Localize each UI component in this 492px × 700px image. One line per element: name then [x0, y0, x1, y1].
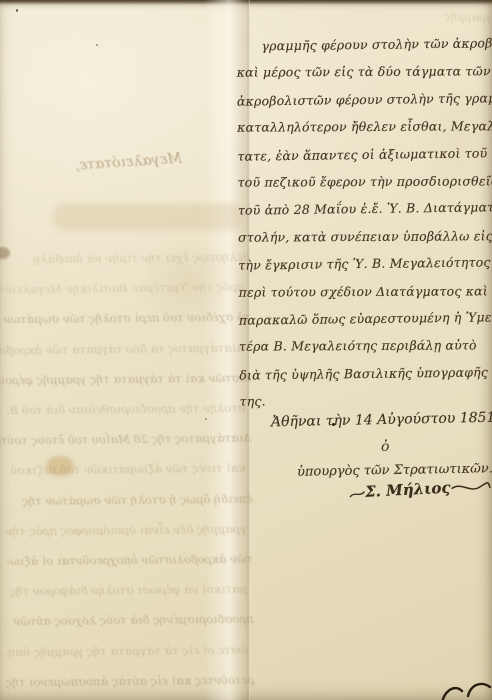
- text-line: στολήν, κατὰ συνέπειαν ὑποβάλλω εἰς: [238, 222, 492, 251]
- bleedthrough-text: θελήσεως ἔχει τὴν τιμὴν νὰ ὑποβάλῃπρὸς τ…: [0, 242, 254, 700]
- manuscript-page-scan: Μεγαλειότατε, γραμμῆς θελήσεως ἔχει τὴν …: [0, 0, 492, 700]
- text-line: ρετοῦντες καὶ εἰς αὐτὰς ἀποσπώμενοι τῆς: [0, 664, 254, 697]
- bleedthrough-heading: Μεγαλειότατε,: [52, 150, 183, 175]
- text-line: λιστῶν καὶ τὰ τάγματα τῆς γραμμῆς φέρουν: [0, 362, 251, 395]
- text-line: διὰ τῆς ὑψηλῆς Βασιλικῆς ὑπογραφῆς: [239, 358, 492, 389]
- text-line: γραμμῆς φέρουν στολὴν τῶν ἀκροβολιστῶν: [236, 29, 492, 60]
- text-line: ὥστε οἱ εἰς τὰ τάγματα τῆς γραμμῆς ὑπη-: [0, 634, 248, 667]
- ink-speck: [96, 44, 98, 46]
- text-line: προσδιορισμένης διὰ τοὺς λόχους αὐτῶν: [0, 604, 254, 637]
- signature: Σ. Μήλιος: [349, 476, 492, 501]
- text-line: πρὸς τὴν Ὑμετέραν Βασιλικὴν Μεγαλειότητα: [0, 272, 244, 305]
- text-line: τὸ σχέδιον τοῦ περὶ στολῆς τῶν σωμάτων: [0, 302, 251, 335]
- text-line: στολὴν τὴν προσδιορισθεῖσαν διὰ τοῦ Β.: [0, 393, 245, 426]
- text-line: περὶ τούτου σχέδιον Διατάγματος καὶ: [239, 277, 492, 306]
- text-line: τοῦ ἀπὸ 28 Μαΐου ἐ.ἔ. Ὑ. Β. Διατάγματος: [238, 194, 492, 225]
- ink-speck: [16, 9, 18, 12]
- bleedthrough-fragment: γραμμῆς: [392, 8, 492, 24]
- text-line: καὶ μέρος τῶν εἰς τὰ δύο τάγματα τῶν: [237, 58, 492, 87]
- letter-body: γραμμῆς φέρουν στολὴν τῶν ἀκροβολιστῶνκα…: [236, 30, 492, 416]
- corner-ink-mark: [436, 672, 492, 700]
- signature-flourish: [450, 479, 492, 495]
- dateline: Ἀθῆναι τὴν 14 Αὐγούστου 1851: [271, 410, 492, 431]
- text-line: καὶ τινὲς τῶν ἀξιωματικῶν τοῦ πεζικοῦ: [0, 453, 246, 486]
- text-line: παρακαλῶ ὅπως εὐαρεστουμένη ἡ Ὑμε-: [239, 303, 492, 334]
- text-line: ἐπειδὴ ὅμως ἡ στολὴ τῶν σωμάτων τῆς: [0, 483, 252, 516]
- text-line: τῶν ἀκροβολιστῶν ὑποχρεοῦνται οἱ ἀξιω-: [0, 544, 253, 577]
- text-line: γραμμῆς δὲν εἶναι ὁμοιόμορφος πρὸς τὴν: [0, 514, 247, 547]
- text-line: θελήσεως ἔχει τὴν τιμὴν νὰ ὑποβάλῃ: [0, 242, 250, 275]
- text-line: τατε, ἐὰν ἅπαντες οἱ ἀξιωματικοὶ τοῦ αὐ-: [237, 139, 492, 170]
- text-line: ματικοὶ νὰ φέρωσι στολὴν διάφορον τῆς: [0, 574, 247, 607]
- text-line: ἀκροβολιστῶν φέρουν στολὴν τῆς γραμμῆς: [237, 84, 492, 115]
- signature-article: ὁ: [381, 439, 389, 455]
- text-line: τοῦ πεζικοῦ ἔφερον τὴν προσδιορισθεῖσαν …: [238, 167, 492, 196]
- text-line: Διατάγματος τὰ δύο τάγματα τῶν ἀκροβο-: [0, 332, 245, 365]
- text-line: τὴν ἔγκρισιν τῆς Ὑ. Β. Μεγαλειότητος: [238, 249, 492, 280]
- signature-flourish: [349, 487, 366, 500]
- signature-name: Σ. Μήλιος: [365, 478, 451, 500]
- text-line: τέρα Β. Μεγαλειότης περιβάλῃ αὐτὸ: [239, 332, 492, 361]
- text-line: Διατάγματος τῆς 28 Μαΐου τοῦ ἔτους τούτο…: [0, 423, 252, 456]
- text-line: καταλληλότερον ἤθελεν εἶσθαι, Μεγαλειό-: [237, 113, 492, 142]
